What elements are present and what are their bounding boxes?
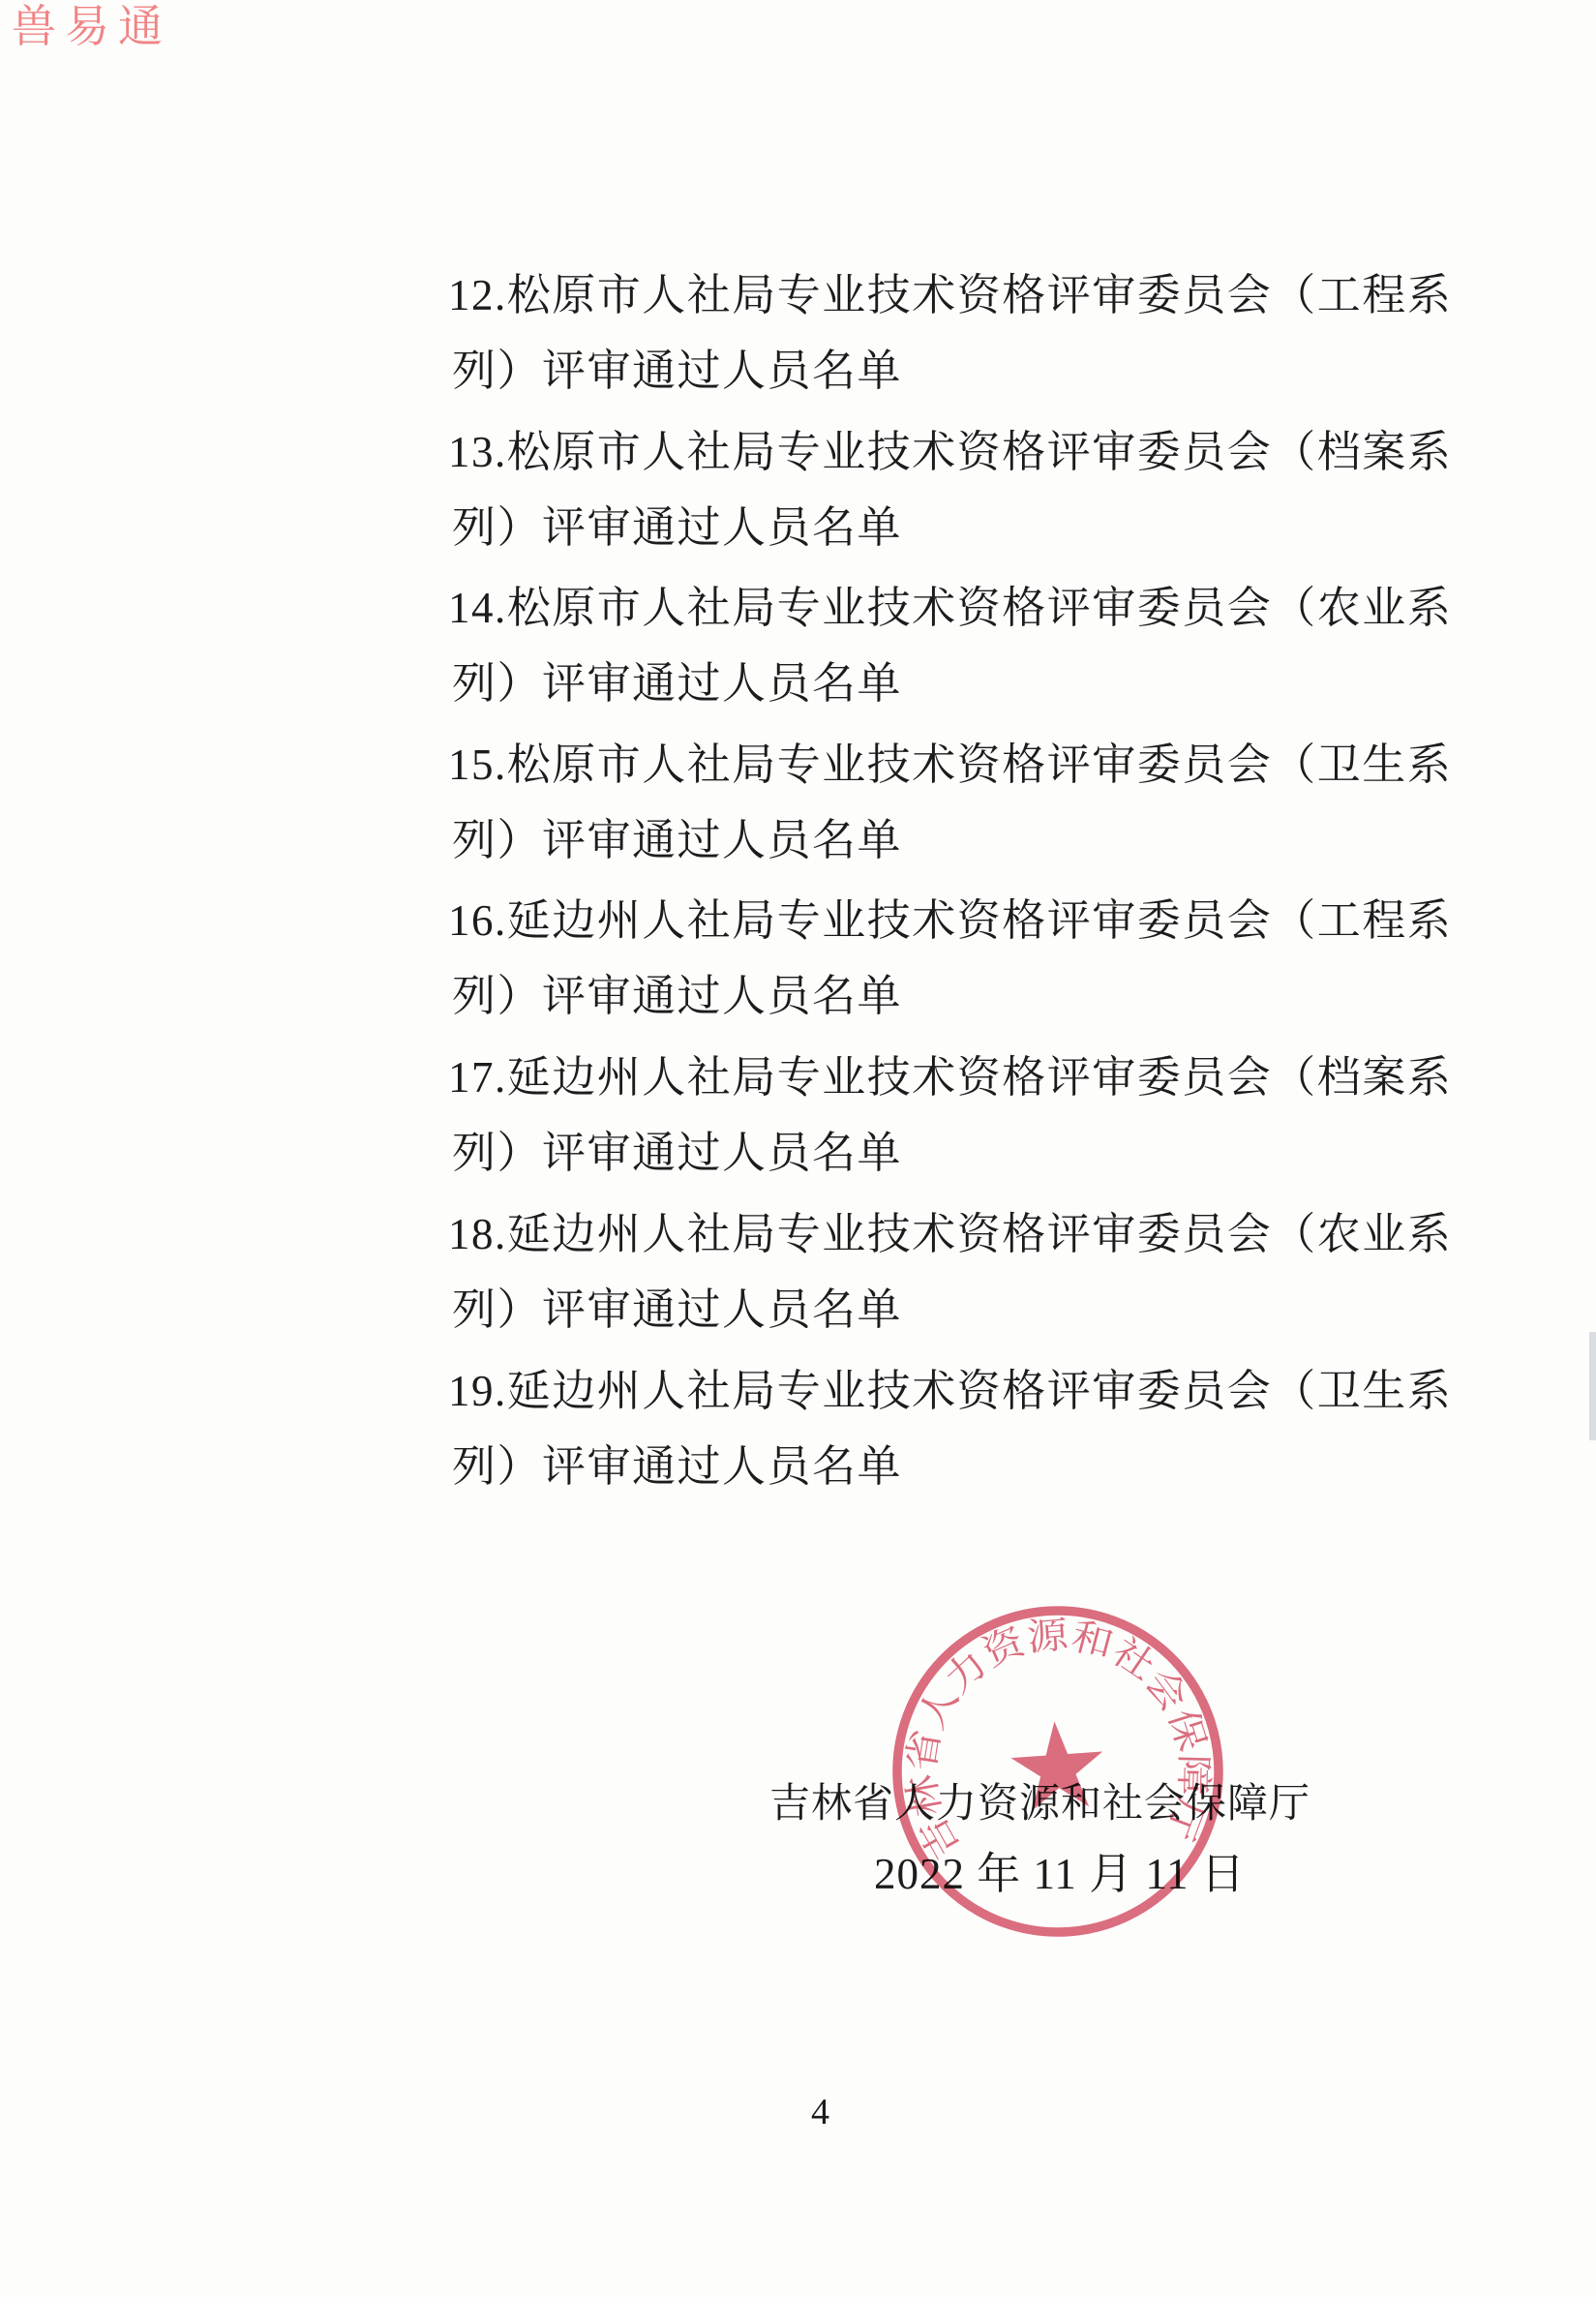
- list-item-15-line2: 列）评审通过人员名单: [452, 816, 902, 864]
- list-item-18-line2: 列）评审通过人员名单: [452, 1285, 902, 1334]
- list-item-13-line2: 列）评审通过人员名单: [452, 503, 902, 552]
- list-item-19-line1: 19.延边州人社局专业技术资格评审委员会（卫生系: [448, 1367, 1452, 1415]
- seal-star-icon: ★: [999, 1694, 1116, 1840]
- list-item-14-line2: 列）评审通过人员名单: [452, 659, 902, 708]
- list-item-17-line2: 列）评审通过人员名单: [452, 1129, 902, 1177]
- scan-artifact: [1589, 1332, 1596, 1440]
- list-item-17-line1: 17.延边州人社局专业技术资格评审委员会（档案系: [448, 1053, 1452, 1102]
- document-page: 兽易通 12.松原市人社局专业技术资格评审委员会（工程系 列）评审通过人员名单 …: [0, 0, 1596, 2297]
- list-item-16-line1: 16.延边州人社局专业技术资格评审委员会（工程系: [448, 896, 1452, 945]
- list-item-12-line2: 列）评审通过人员名单: [452, 347, 902, 395]
- list-item-12-line1: 12.松原市人社局专业技术资格评审委员会（工程系: [448, 271, 1452, 319]
- list-item-14-line1: 14.松原市人社局专业技术资格评审委员会（农业系: [448, 584, 1452, 632]
- watermark-logo-text: 兽易通: [12, 0, 171, 54]
- page-number: 4: [811, 2091, 829, 2133]
- official-seal: 吉林省人力资源和社会保障厅 ★: [872, 1586, 1244, 1957]
- list-item-13-line1: 13.松原市人社局专业技术资格评审委员会（档案系: [448, 428, 1452, 476]
- list-item-16-line2: 列）评审通过人员名单: [452, 972, 902, 1020]
- list-item-15-line1: 15.松原市人社局专业技术资格评审委员会（卫生系: [448, 740, 1452, 789]
- list-item-18-line1: 18.延边州人社局专业技术资格评审委员会（农业系: [448, 1210, 1452, 1258]
- list-item-19-line2: 列）评审通过人员名单: [452, 1442, 902, 1491]
